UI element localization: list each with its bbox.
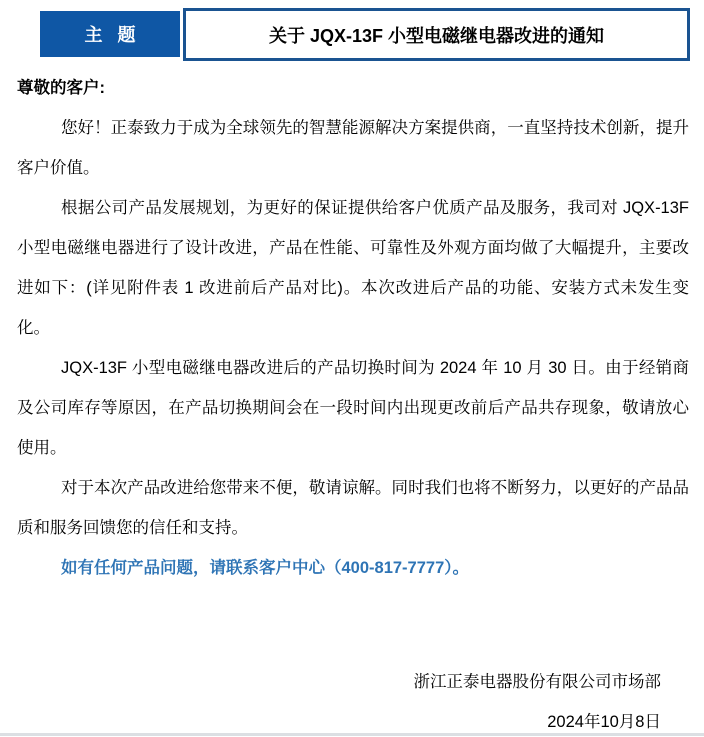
notice-document: 主 题 关于 JQX-13F 小型电磁继电器改进的通知 尊敬的客户: 您好！正泰… — [0, 0, 704, 737]
title-box: 关于 JQX-13F 小型电磁继电器改进的通知 — [183, 8, 690, 61]
paragraph-greeting: 您好！正泰致力于成为全球领先的智慧能源解决方案提供商，一直坚持技术创新，提升客户… — [17, 108, 689, 188]
paragraph-improvement: 根据公司产品发展规划，为更好的保证提供给客户优质产品及服务，我司对 JQX-13… — [17, 188, 689, 348]
paragraph-apology: 对于本次产品改进给您带来不便，敬请谅解。同时我们也将不断努力，以更好的产品品质和… — [17, 468, 689, 548]
document-header: 主 题 关于 JQX-13F 小型电磁继电器改进的通知 — [40, 8, 690, 61]
subject-label: 主 题 — [79, 21, 140, 47]
document-body: 尊敬的客户: 您好！正泰致力于成为全球领先的智慧能源解决方案提供商，一直坚持技术… — [17, 68, 689, 588]
document-title: 关于 JQX-13F 小型电磁继电器改进的通知 — [269, 22, 604, 48]
paragraph-switch-date: JQX-13F 小型电磁继电器改进后的产品切换时间为 2024 年 10 月 3… — [17, 348, 689, 468]
date: 2024年10月8日 — [414, 702, 662, 737]
subject-label-box: 主 题 — [40, 11, 180, 57]
salutation: 尊敬的客户: — [17, 68, 689, 108]
bottom-divider — [0, 733, 704, 736]
signature: 浙江正泰电器股份有限公司市场部 — [414, 662, 662, 702]
document-footer: 浙江正泰电器股份有限公司市场部 2024年10月8日 — [414, 662, 662, 737]
contact-line: 如有任何产品问题，请联系客户中心（400-817-7777）。 — [17, 548, 689, 588]
